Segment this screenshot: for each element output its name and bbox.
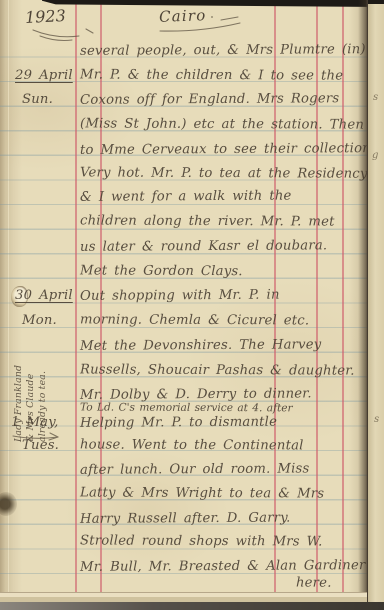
paper-sheet: 1923 Cairo Lady Frankland & Mrs Claude a… — [0, 0, 367, 602]
diary-line: us later & round Kasr el doubara. — [0, 232, 352, 253]
diary-line-text: Out shopping with Mr. P. in — [78, 288, 352, 303]
diary-line-text: morning. Chemla & Cicurel etc. — [78, 313, 352, 327]
diary-line-text: Mr. Dolby & D. Derry to dinner. — [78, 387, 352, 402]
diary-line-text: Strolled round shops with Mrs W. — [78, 534, 352, 548]
diary-line: Mon.morning. Chemla & Cicurel etc. — [0, 306, 352, 327]
diary-line-text: Very hot. Mr. P. to tea at the Residency — [78, 166, 368, 180]
diary-line-text: Helping Mr. P. to dismantle — [78, 415, 352, 430]
diary-line-text: Russells, Shoucair Pashas & daughter. — [78, 363, 355, 377]
diary-line: Met the Gordon Clays. — [0, 257, 352, 278]
entry-date-label: 29 April — [0, 69, 78, 82]
diary-line-text: Mr. P. & the children & I to see the — [78, 68, 352, 82]
diary-line: Harry Russell after. D. Garry. — [0, 504, 352, 525]
diary-line-text: several people, out, & Mrs Plumtre (in) — [78, 43, 366, 58]
diary-line: 1 May,Helping Mr. P. to dismantle — [0, 408, 352, 429]
diary-line: after lunch. Our old room. Miss — [0, 455, 352, 476]
diary-line: 29 AprilMr. P. & the children & I to see… — [0, 61, 352, 82]
diary-line-text: house. Went to the Continental — [78, 438, 352, 452]
entry-date-label: Tues. — [0, 439, 78, 452]
diary-line-text: children along the river. Mr. P. met — [78, 214, 352, 228]
diary-line: 30 AprilOut shopping with Mr. P. in — [0, 281, 352, 302]
diary-line-text: Coxons off for England. Mrs Rogers — [78, 92, 352, 107]
diary-line: Strolled round shops with Mrs W. — [0, 527, 352, 548]
bottom-shadow — [0, 602, 384, 610]
diary-page-scan: 1923 Cairo Lady Frankland & Mrs Claude a… — [0, 0, 384, 610]
diary-line-text: to Mme Cerveaux to see their collection. — [78, 142, 375, 157]
diary-line: Very hot. Mr. P. to tea at the Residency — [0, 159, 352, 180]
diary-line: several people, out, & Mrs Plumtre (in) — [0, 36, 352, 57]
diary-line-text: here. — [0, 575, 352, 590]
diary-line: Russells, Shoucair Pashas & daughter. — [0, 356, 352, 377]
entry-date-label: Mon. — [0, 314, 78, 327]
diary-line: to Mme Cerveaux to see their collection. — [0, 135, 352, 156]
diary-line-text: Met the Gordon Clays. — [78, 264, 352, 278]
diary-line: Tues.house. Went to the Continental — [0, 431, 352, 452]
diary-line: & I went for a walk with the — [0, 182, 352, 203]
diary-line: Latty & Mrs Wright to tea & Mrs — [0, 479, 352, 500]
year-heading: 1923 — [25, 6, 67, 27]
ink-bleed-mark: s — [373, 92, 378, 103]
entry-date-label: Sun. — [0, 93, 78, 106]
diary-line: Sun.Coxons off for England. Mrs Rogers — [0, 85, 352, 106]
diary-line-text: (Miss St John.) etc at the station. Then — [78, 117, 364, 131]
diary-line-text: after lunch. Our old room. Miss — [78, 462, 352, 477]
diary-line: Mr. Dolby & D. Derry to dinner. — [0, 380, 352, 401]
page-right-edge — [358, 0, 368, 602]
diary-line-text: & I went for a walk with the — [78, 189, 352, 204]
diary-line-text: Harry Russell after. D. Garry. — [78, 511, 352, 526]
ink-bleed-mark: g — [372, 150, 378, 161]
diary-line-text: us later & round Kasr el doubara. — [78, 239, 352, 254]
ink-bleed-mark: s — [374, 414, 379, 425]
diary-line: here. — [0, 568, 352, 589]
diary-line-text: Latty & Mrs Wright to tea & Mrs — [78, 486, 352, 500]
diary-line: children along the river. Mr. P. met — [0, 207, 352, 228]
page-title: Cairo — [159, 6, 207, 26]
diary-line: (Miss St John.) etc at the station. Then — [0, 110, 352, 131]
facing-page-edge: s g s — [368, 4, 384, 602]
entry-date-label: 30 April — [0, 289, 78, 302]
entry-date-label: 1 May, — [0, 416, 78, 429]
diary-line: Met the Devonshires. The Harvey — [0, 331, 352, 352]
diary-line-text: Met the Devonshires. The Harvey — [78, 338, 352, 353]
